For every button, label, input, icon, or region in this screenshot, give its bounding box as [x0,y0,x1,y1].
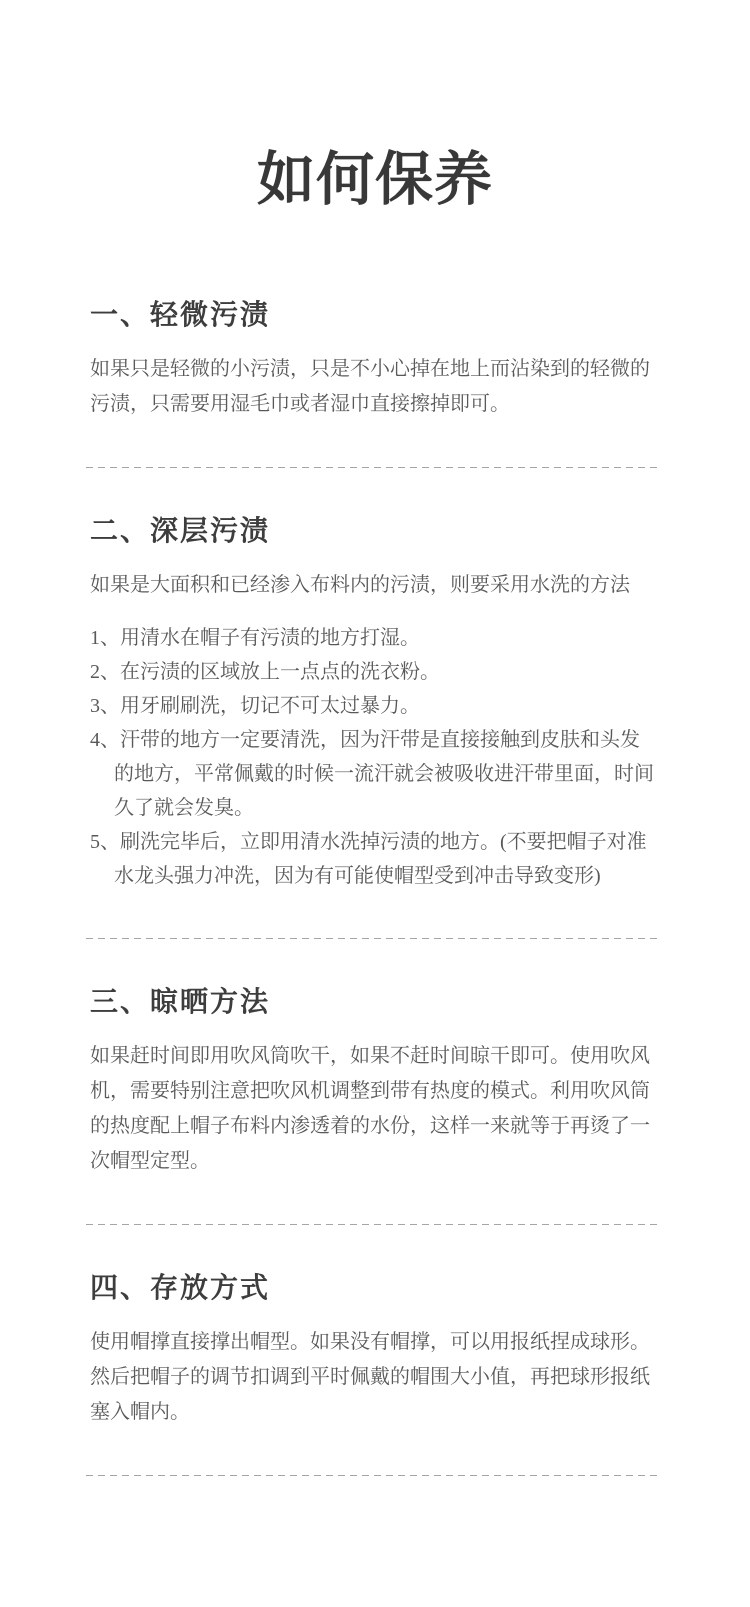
section-paragraph: 如果赶时间即用吹风筒吹干，如果不赶时间晾干即可。使用吹风机，需要特别注意把吹风机… [90,1039,658,1179]
list-item: 4、汗带的地方一定要清洗，因为汗带是直接接触到皮肤和头发的地方，平常佩戴的时候一… [90,723,658,825]
section-divider [86,1224,661,1225]
section-divider [86,1475,661,1476]
list-item: 3、用牙刷刷洗，切记不可太过暴力。 [90,689,658,723]
section-paragraph: 如果是大面积和已经渗入布料内的污渍，则要采用水洗的方法 [90,568,658,603]
content-column: 一、轻微污渍 如果只是轻微的小污渍，只是不小心掉在地上而沾染到的轻微的污渍，只需… [90,296,658,1476]
wash-steps-list: 1、用清水在帽子有污渍的地方打湿。 2、在污渍的区域放上一点点的洗衣粉。 3、用… [90,621,658,893]
section-paragraph: 使用帽撑直接撑出帽型。如果没有帽撑，可以用报纸捏成球形。然后把帽子的调节扣调到平… [90,1325,658,1430]
section-deep-stains: 二、深层污渍 如果是大面积和已经渗入布料内的污渍，则要采用水洗的方法 1、用清水… [90,512,658,893]
section-light-stains: 一、轻微污渍 如果只是轻微的小污渍，只是不小心掉在地上而沾染到的轻微的污渍，只需… [90,296,658,422]
section-heading: 二、深层污渍 [90,512,658,552]
section-drying-method: 三、晾晒方法 如果赶时间即用吹风筒吹干，如果不赶时间晾干即可。使用吹风机，需要特… [90,983,658,1179]
section-heading: 三、晾晒方法 [90,983,658,1023]
section-heading: 一、轻微污渍 [90,296,658,336]
page-title: 如何保养 [0,148,750,212]
section-divider [86,467,661,468]
list-item: 5、刷洗完毕后，立即用清水洗掉污渍的地方。(不要把帽子对准水龙头强力冲洗，因为有… [90,825,658,893]
section-divider [86,938,661,939]
section-heading: 四、存放方式 [90,1269,658,1309]
care-guide-page: 如何保养 一、轻微污渍 如果只是轻微的小污渍，只是不小心掉在地上而沾染到的轻微的… [0,0,750,1607]
section-storage-method: 四、存放方式 使用帽撑直接撑出帽型。如果没有帽撑，可以用报纸捏成球形。然后把帽子… [90,1269,658,1430]
list-item: 1、用清水在帽子有污渍的地方打湿。 [90,621,658,655]
list-item: 2、在污渍的区域放上一点点的洗衣粉。 [90,655,658,689]
section-paragraph: 如果只是轻微的小污渍，只是不小心掉在地上而沾染到的轻微的污渍，只需要用湿毛巾或者… [90,352,658,422]
